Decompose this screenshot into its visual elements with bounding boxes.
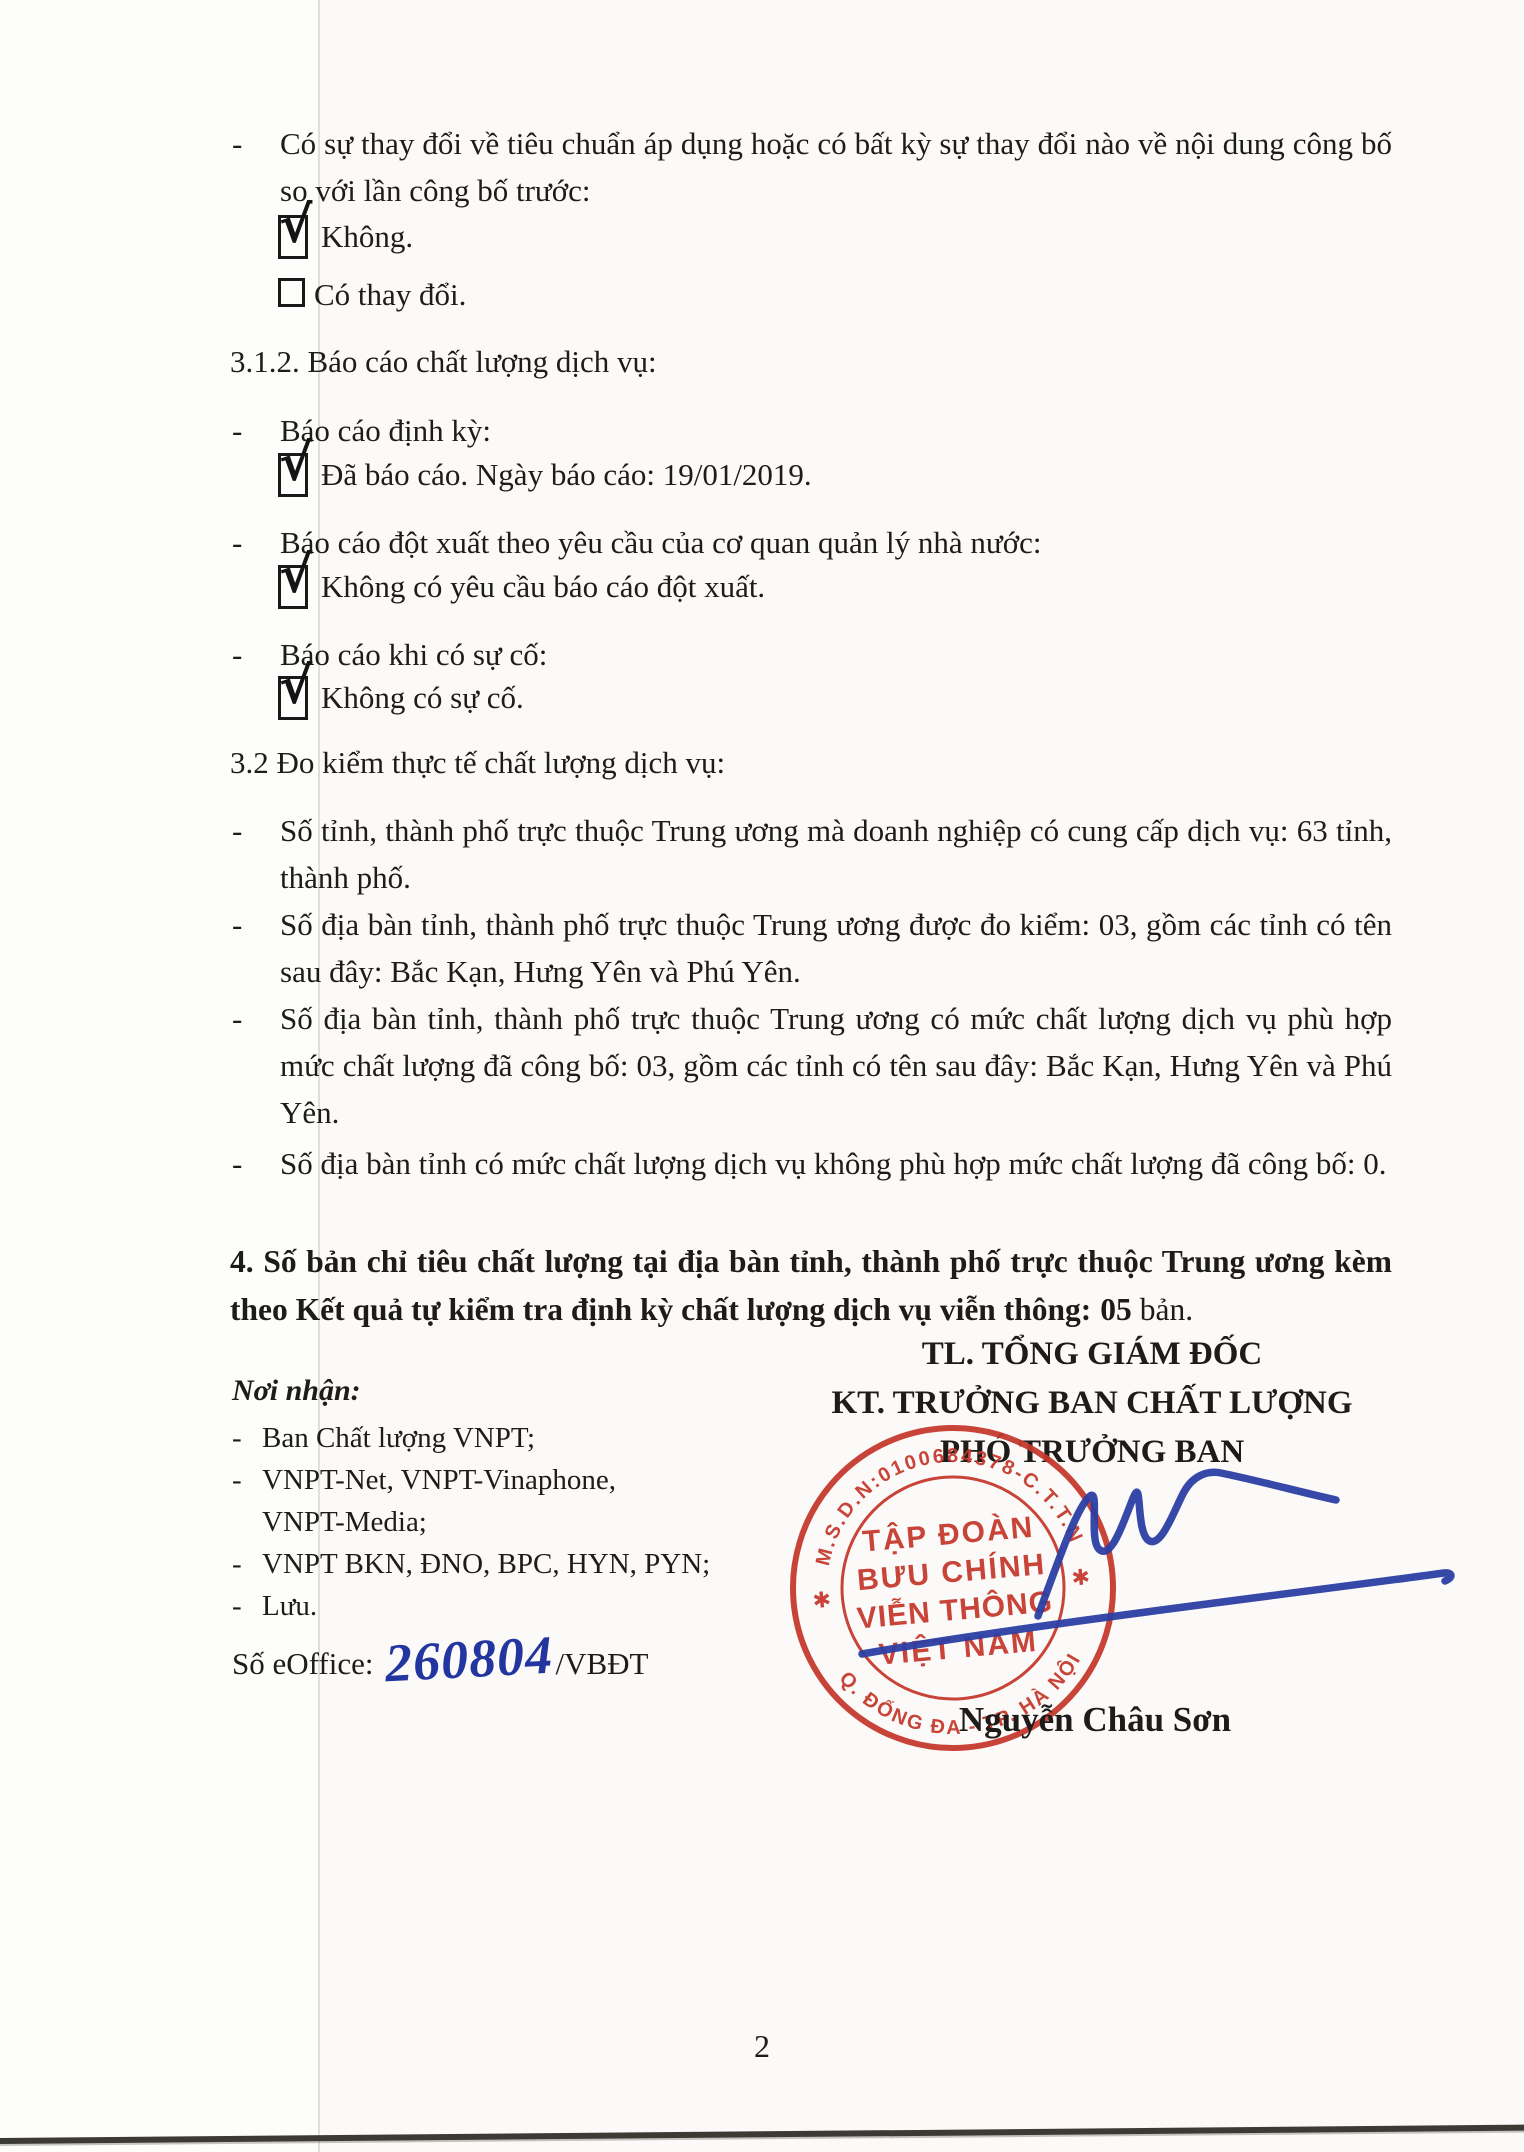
option-label: Không có sự cố. bbox=[321, 675, 524, 721]
handwritten-signature bbox=[780, 1430, 1480, 1690]
option-label: Không có yêu cầu báo cáo đột xuất. bbox=[321, 564, 765, 610]
checkbox-option-has-change: Có thay đổi. bbox=[278, 272, 466, 318]
copies-count: 05 bbox=[1100, 1292, 1132, 1327]
bullet-dash: - bbox=[232, 519, 242, 566]
option-label: Có thay đổi. bbox=[314, 272, 466, 318]
bullet-dash: - bbox=[232, 807, 242, 854]
copies-unit: bản. bbox=[1140, 1292, 1193, 1327]
option-label: Không. bbox=[321, 214, 413, 260]
list-item-incident-report: - Báo cáo khi có sự cố: bbox=[280, 631, 1392, 678]
list-item-text: Số tỉnh, thành phố trực thuộc Trung ương… bbox=[280, 813, 1392, 895]
list-item-provinces-conforming: - Số địa bàn tỉnh, thành phố trực thuộc … bbox=[280, 995, 1392, 1136]
list-item-text: Số địa bàn tỉnh, thành phố trực thuộc Tr… bbox=[280, 907, 1392, 989]
bullet-dash: - bbox=[232, 631, 242, 678]
check-mark-icon: √ bbox=[279, 550, 312, 600]
bullet-dash: - bbox=[232, 1140, 242, 1187]
section-heading-312: 3.1.2. Báo cáo chất lượng dịch vụ: bbox=[230, 340, 657, 384]
page-number: 2 bbox=[0, 2028, 1524, 2065]
bullet-dash: - bbox=[232, 1418, 262, 1458]
recipient-row: VNPT-Media; bbox=[232, 1502, 427, 1542]
bullet-dash: - bbox=[232, 1460, 262, 1500]
list-item-text: Số địa bàn tỉnh có mức chất lượng dịch v… bbox=[280, 1146, 1386, 1181]
checkbox-checked: √ bbox=[278, 215, 308, 259]
check-mark-icon: √ bbox=[279, 438, 312, 488]
check-mark-icon: √ bbox=[279, 661, 312, 711]
scan-edge-line bbox=[0, 2125, 1524, 2144]
recipient-row: - Lưu. bbox=[232, 1586, 317, 1626]
signature-underline-stroke bbox=[862, 1573, 1451, 1654]
recipient-text: VNPT-Net, VNPT-Vinaphone, bbox=[262, 1460, 616, 1500]
recipient-text: VNPT-Media; bbox=[262, 1502, 427, 1542]
check-mark-icon: √ bbox=[279, 200, 312, 250]
recipient-text: Lưu. bbox=[262, 1586, 317, 1626]
eoffice-number-line: Số eOffice:260804/VBĐT bbox=[232, 1646, 648, 1682]
eoffice-suffix: /VBĐT bbox=[555, 1646, 648, 1681]
signer-name: Nguyễn Châu Sơn bbox=[880, 1700, 1310, 1740]
handwritten-eoffice-number: 260804 bbox=[386, 1655, 554, 1664]
bullet-dash: - bbox=[232, 1586, 262, 1626]
bullet-dash: - bbox=[232, 995, 242, 1042]
eoffice-label: Số eOffice: bbox=[232, 1646, 373, 1681]
checkbox-checked: √ bbox=[278, 453, 308, 497]
section-4-paragraph: 4. Số bản chỉ tiêu chất lượng tại địa bà… bbox=[230, 1238, 1392, 1334]
checkbox-checked: √ bbox=[278, 565, 308, 609]
checkbox-option-no-change: √ Không. bbox=[278, 214, 413, 260]
list-item-adhoc-report: - Báo cáo đột xuất theo yêu cầu của cơ q… bbox=[280, 519, 1392, 566]
list-item-periodic-report: - Báo cáo định kỳ: bbox=[280, 407, 1392, 454]
indent-spacer bbox=[232, 1502, 262, 1542]
section-heading-32: 3.2 Đo kiểm thực tế chất lượng dịch vụ: bbox=[230, 741, 725, 785]
checkbox-option-no-adhoc: √ Không có yêu cầu báo cáo đột xuất. bbox=[278, 564, 765, 610]
list-item-text: Có sự thay đổi về tiêu chuẩn áp dụng hoặ… bbox=[280, 126, 1392, 208]
list-item-text: Số địa bàn tỉnh, thành phố trực thuộc Tr… bbox=[280, 1001, 1392, 1130]
checkbox-unchecked bbox=[278, 278, 305, 307]
recipient-text: Ban Chất lượng VNPT; bbox=[262, 1418, 535, 1458]
signer-authority-line: TL. TỔNG GIÁM ĐỐC bbox=[742, 1330, 1442, 1379]
recipient-row: - VNPT BKN, ĐNO, BPC, HYN, PYN; bbox=[232, 1544, 710, 1584]
list-item-provinces-measured: - Số địa bàn tỉnh, thành phố trực thuộc … bbox=[280, 901, 1392, 995]
bullet-dash: - bbox=[232, 120, 242, 167]
scanned-document-page: - Có sự thay đổi về tiêu chuẩn áp dụng h… bbox=[0, 0, 1524, 2152]
list-item-provinces-nonconforming: - Số địa bàn tỉnh có mức chất lượng dịch… bbox=[280, 1140, 1392, 1187]
bullet-dash: - bbox=[232, 407, 242, 454]
list-item-text: Báo cáo khi có sự cố: bbox=[280, 637, 547, 672]
recipient-row: - Ban Chất lượng VNPT; bbox=[232, 1418, 535, 1458]
option-label: Đã báo cáo. Ngày báo cáo: 19/01/2019. bbox=[321, 452, 812, 498]
checkbox-option-no-incident: √ Không có sự cố. bbox=[278, 675, 524, 721]
bullet-dash: - bbox=[232, 901, 242, 948]
bullet-dash: - bbox=[232, 1544, 262, 1584]
section-4-text: 4. Số bản chỉ tiêu chất lượng tại địa bà… bbox=[230, 1244, 1392, 1327]
recipients-title: Nơi nhận: bbox=[232, 1374, 361, 1408]
recipient-text: VNPT BKN, ĐNO, BPC, HYN, PYN; bbox=[262, 1544, 710, 1584]
list-item-provinces-served: - Số tỉnh, thành phố trực thuộc Trung ươ… bbox=[280, 807, 1392, 901]
list-item-standard-change: - Có sự thay đổi về tiêu chuẩn áp dụng h… bbox=[280, 120, 1392, 214]
recipient-row: - VNPT-Net, VNPT-Vinaphone, bbox=[232, 1460, 616, 1500]
checkbox-checked: √ bbox=[278, 676, 308, 720]
checkbox-option-reported: √ Đã báo cáo. Ngày báo cáo: 19/01/2019. bbox=[278, 452, 812, 498]
list-item-text: Báo cáo đột xuất theo yêu cầu của cơ qua… bbox=[280, 525, 1041, 560]
